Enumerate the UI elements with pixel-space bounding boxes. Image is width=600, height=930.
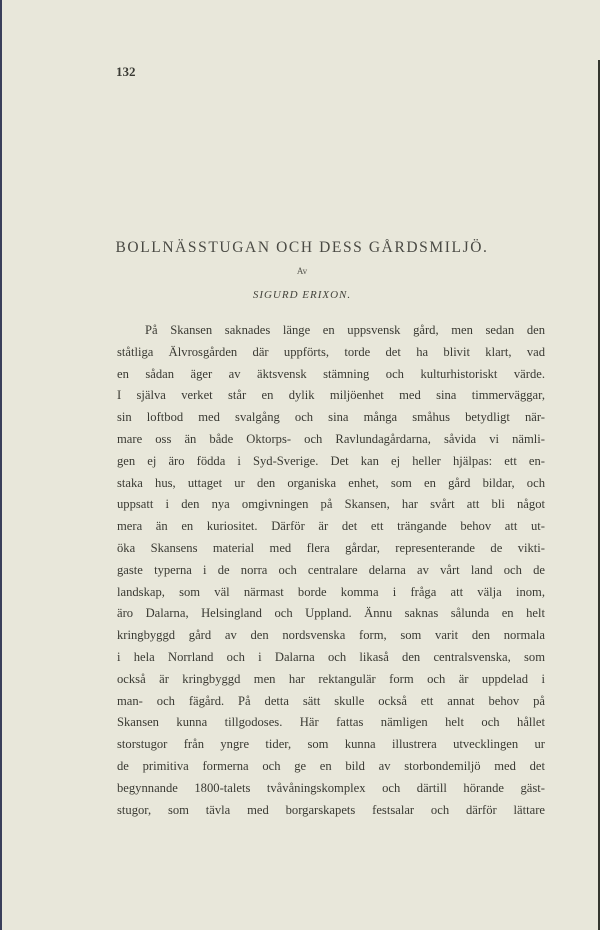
text-line: också är kringbyggd men har rektangulär … xyxy=(117,669,545,691)
text-line: sin loftbod med svalgång och sina många … xyxy=(117,407,545,429)
text-line: uppsatt i den nya omgivningen på Skansen… xyxy=(117,494,545,516)
text-line: Skansen kunna tillgodoses. Här fattas nä… xyxy=(117,712,545,734)
text-line: gen ej äro födda i Syd-Sverige. Det kan … xyxy=(117,451,545,473)
text-line: man- och fägård. På detta sätt skulle oc… xyxy=(117,691,545,713)
text-line: en sådan äger av äktsvensk stämning och … xyxy=(117,364,545,386)
body-paragraph: På Skansen saknades länge en uppsvensk g… xyxy=(117,320,545,821)
text-line: gaste typerna i de norra och centralare … xyxy=(117,560,545,582)
text-line: kringbyggd gård av den nordsvenska form,… xyxy=(117,625,545,647)
text-line: staka hus, uttaget ur den organiska enhe… xyxy=(117,473,545,495)
text-line: stugor, som tävla med borgarskapets fest… xyxy=(117,800,545,822)
text-line: begynnande 1800-talets tvåvåningskomplex… xyxy=(117,778,545,800)
text-line: I själva verket står en dylik miljöenhet… xyxy=(117,385,545,407)
text-line: de primitiva formerna och ge en bild av … xyxy=(117,756,545,778)
text-line: mera än en kuriositet. Därför är det ett… xyxy=(117,516,545,538)
article-title: BOLLNÄSSTUGAN OCH DESS GÅRDSMILJÖ. xyxy=(2,239,600,257)
text-line: äro Dalarna, Helsingland och Uppland. Än… xyxy=(117,603,545,625)
text-line: mare oss än både Oktorps- och Ravlundagå… xyxy=(117,429,545,451)
text-line: På Skansen saknades länge en uppsvensk g… xyxy=(117,320,545,342)
text-line: i hela Norrland och i Dalarna och likaså… xyxy=(117,647,545,669)
byline-label: Av xyxy=(2,266,600,276)
text-line: öka Skansens material med flera gårdar, … xyxy=(117,538,545,560)
page-number: 132 xyxy=(116,64,136,80)
author-name: SIGURD ERIXON. xyxy=(2,289,600,301)
text-line: storstugor från yngre tider, som kunna i… xyxy=(117,734,545,756)
text-line: landskap, som väl närmast borde komma i … xyxy=(117,582,545,604)
text-line: ståtliga Älvrosgården där uppförts, tord… xyxy=(117,342,545,364)
book-page: 132 BOLLNÄSSTUGAN OCH DESS GÅRDSMILJÖ. A… xyxy=(0,0,600,930)
